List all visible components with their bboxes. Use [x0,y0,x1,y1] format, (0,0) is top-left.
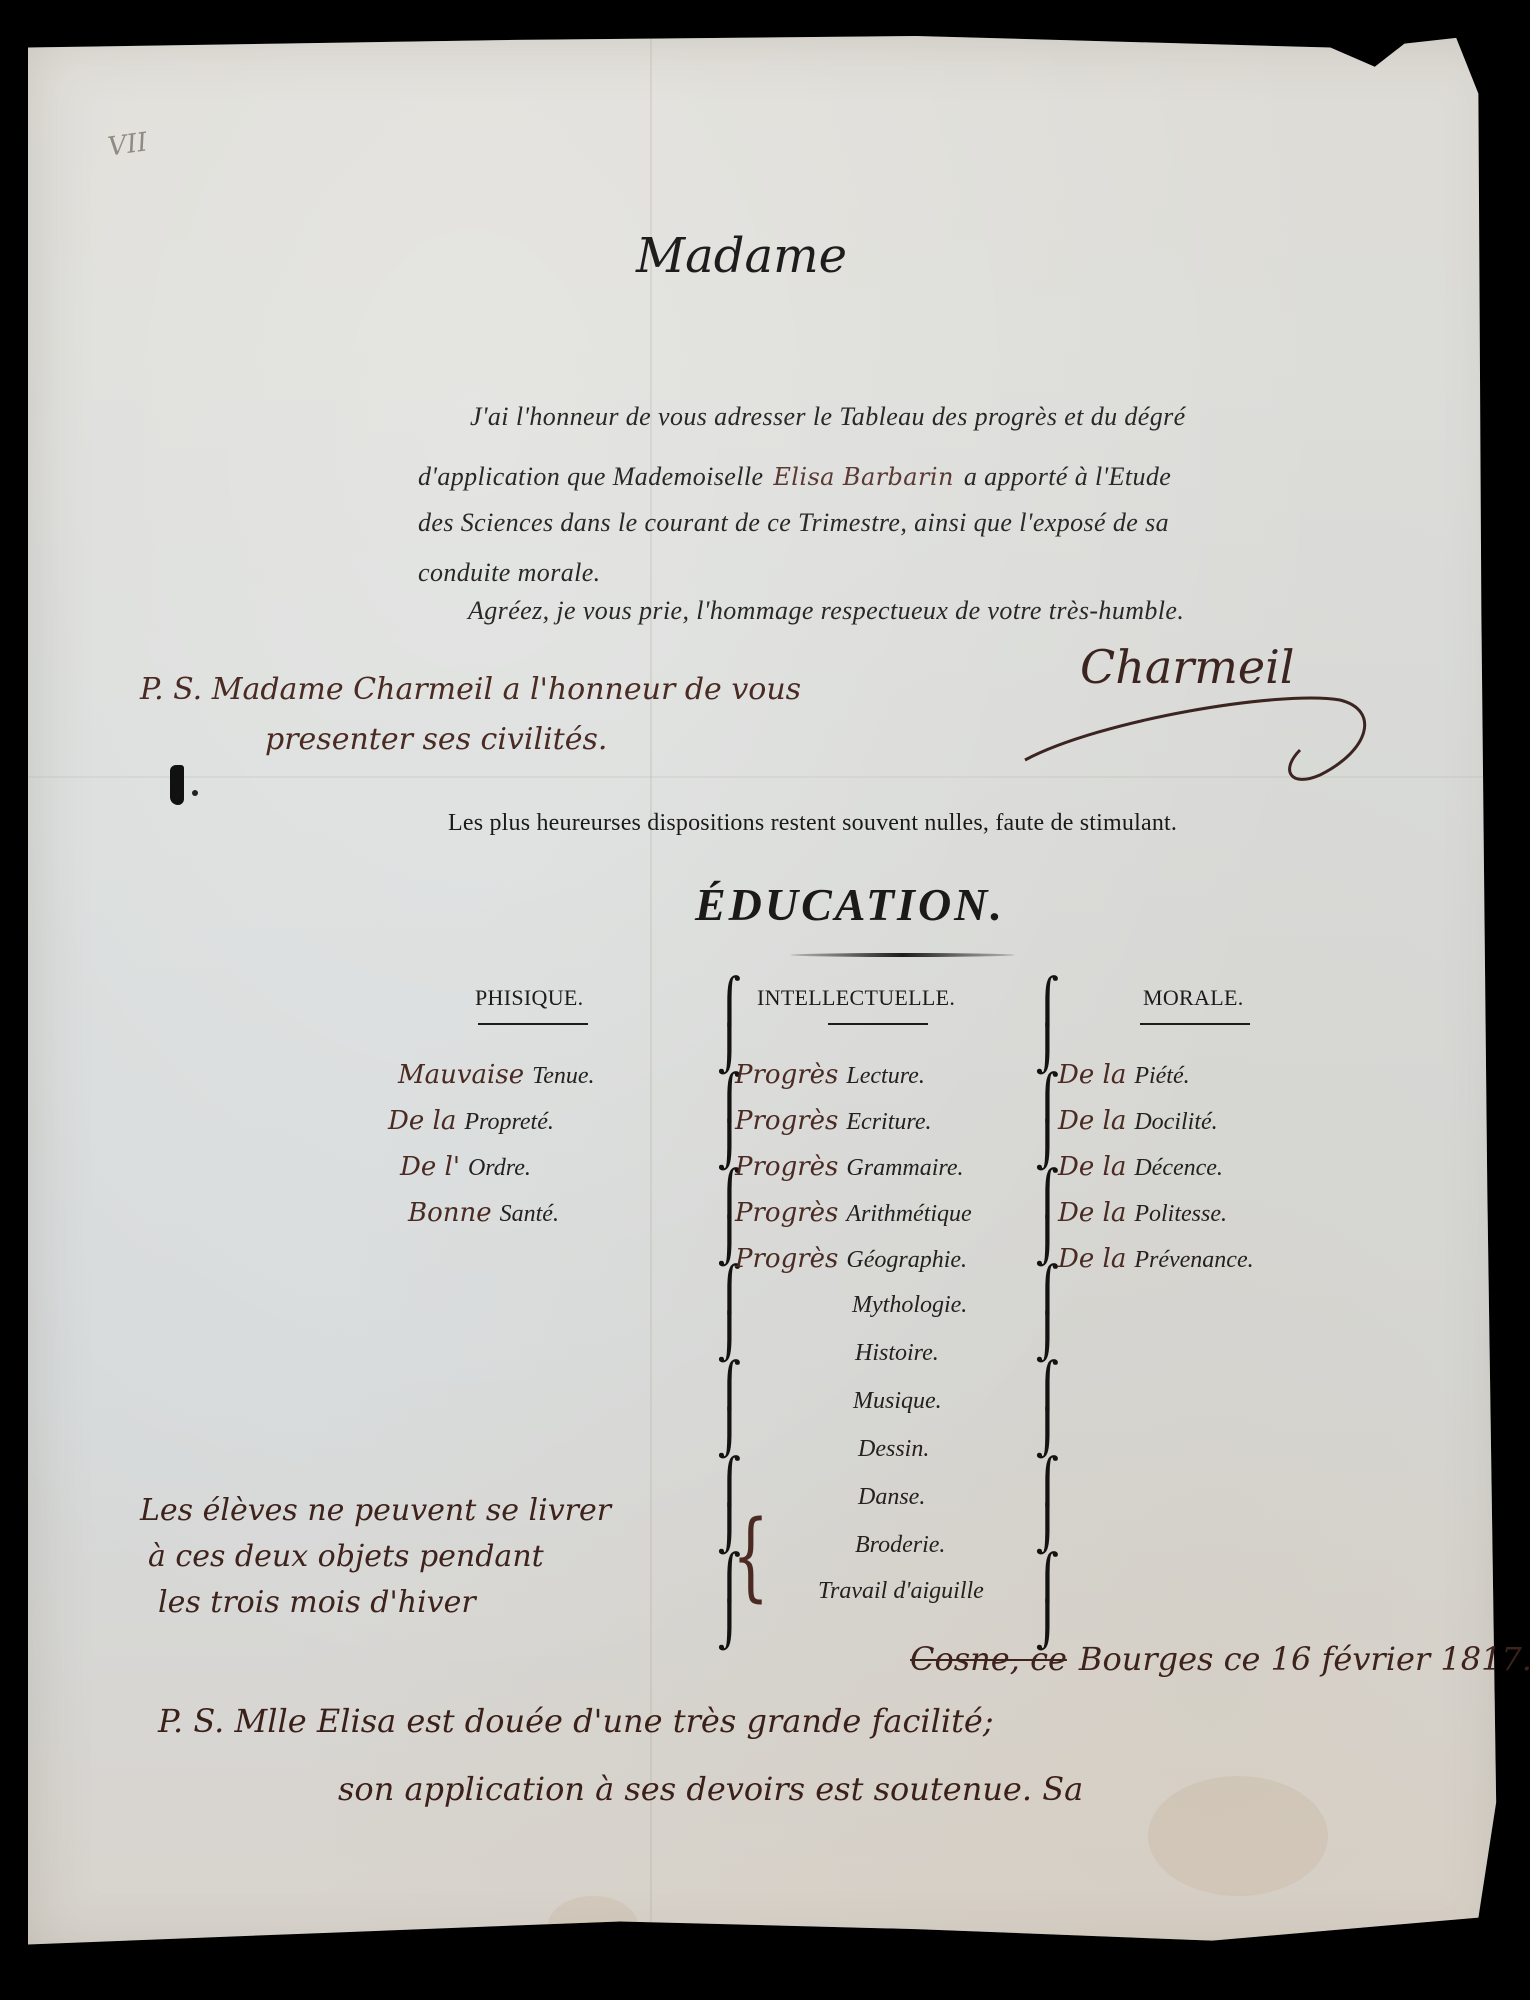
ink-dot [192,790,198,796]
morale-assessment: De la [1058,1244,1126,1274]
intellectuelle-subject-histoire: Histoire. [855,1340,939,1367]
intellectuelle-assessment: Progrès [735,1106,838,1136]
paper-fold-vertical [650,36,652,1956]
intellectuelle-row-ecriture: Progrès Ecriture. [735,1106,931,1136]
morale-subject: Politesse. [1134,1201,1227,1228]
letter-closing: Agréez, je vous prie, l'hommage respectu… [468,596,1184,626]
winter-note-line-3: les trois mois d'hiver [158,1580,476,1626]
heading-physique: PHISIQUE. [475,985,583,1011]
intellectuelle-row-arithmetique: Progrès Arithmétique [735,1198,972,1228]
morale-subject: Décence. [1134,1155,1223,1182]
physique-row-tenue: Mauvaise Tenue. [398,1060,595,1090]
intellectuelle-subject: Grammaire. [846,1155,963,1182]
morale-assessment: De la [1058,1060,1126,1090]
physique-row-sante: Bonne Santé. [408,1198,559,1228]
postscript-2-line-2: son application à ses devoirs est souten… [338,1770,1083,1808]
student-name: Elisa Barbarin [773,463,953,491]
intellectuelle-subject-dessin: Dessin. [858,1436,929,1463]
intellectuelle-subject-broderie: Broderie. [855,1532,945,1559]
morale-subject: Docilité. [1134,1109,1217,1136]
morale-subject: Prévenance. [1134,1247,1253,1274]
place-date-text: Bourges ce 16 février 1817. [1079,1640,1530,1678]
physique-assessment: De la [388,1106,456,1136]
intellectuelle-row-grammaire: Progrès Grammaire. [735,1152,964,1182]
place-date: Cosne, ceBourges ce 16 février 1817. [910,1640,1530,1678]
intellectuelle-row-lecture: Progrès Lecture. [735,1060,925,1090]
letter-line-2: d'application que MademoiselleElisa Barb… [418,462,1171,492]
intellectuelle-subject-travail-aiguille: Travail d'aiguille [818,1578,984,1605]
intellectuelle-assessment: Progrès [735,1060,838,1090]
physique-subject: Propreté. [464,1109,554,1136]
intellectuelle-assessment: Progrès [735,1152,838,1182]
winter-note-line-1: Les élèves ne peuvent se livrer [140,1488,611,1534]
physique-subject: Tenue. [532,1063,594,1090]
heading-rule-physique [478,1023,588,1025]
education-title: ÉDUCATION. [695,878,1005,931]
morale-assessment: De la [1058,1198,1126,1228]
intellectuelle-subject-mythologie: Mythologie. [852,1292,967,1319]
physique-subject: Ordre. [468,1155,531,1182]
intellectuelle-subject-danse: Danse. [858,1484,925,1511]
ink-blot [170,765,184,805]
handwritten-brace-icon: { [732,1500,769,1612]
winter-note-line-2: à ces deux objets pendant [148,1534,544,1580]
letter-line-3: des Sciences dans le courant de ce Trime… [418,508,1169,538]
heading-rule-intellectuelle [828,1023,928,1025]
morale-row-decence: De la Décence. [1058,1152,1223,1182]
postscript-1-line-2: presenter ses civilités. [265,722,607,757]
physique-row-proprete: De la Propreté. [388,1106,554,1136]
physique-subject: Santé. [500,1201,559,1228]
morale-row-prevenance: De la Prévenance. [1058,1244,1254,1274]
motto: Les plus heureurses dispositions restent… [448,810,1177,837]
letter-line-4: conduite morale. [418,558,601,588]
column-divider-right: ⌠⌡⌠⌡⌠⌡⌠⌡⌠⌡⌠⌡⌠⌡ [1036,978,1056,1650]
letter-line-1: J'ai l'honneur de vous adresser le Table… [470,402,1186,432]
intellectuelle-assessment: Progrès [735,1198,838,1228]
morale-assessment: De la [1058,1106,1126,1136]
heading-intellectuelle: INTELLECTUELLE. [757,985,955,1011]
physique-assessment: Bonne [408,1198,492,1228]
morale-row-docilite: De la Docilité. [1058,1106,1218,1136]
morale-subject: Piété. [1134,1063,1189,1090]
intellectuelle-subject: Lecture. [846,1063,924,1090]
intellectuelle-row-geographie: Progrès Géographie. [735,1244,967,1274]
physique-assessment: De l' [400,1152,460,1182]
morale-row-politesse: De la Politesse. [1058,1198,1227,1228]
letter-line-2-end: a apporté à l'Etude [964,462,1171,491]
signature-flourish [1020,680,1380,790]
intellectuelle-subject: Arithmétique [846,1201,971,1228]
intellectuelle-subject: Ecriture. [846,1109,931,1136]
archive-mark: VII [106,127,149,162]
postscript-2-line-1: P. S. Mlle Elisa est douée d'une très gr… [158,1702,994,1740]
postscript-1-line-1: P. S. Madame Charmeil a l'honneur de vou… [140,672,801,707]
paper-stain [548,1896,638,1956]
struck-place: Cosne, ce [910,1640,1067,1678]
intellectuelle-assessment: Progrès [735,1244,838,1274]
paper-stain [1148,1776,1328,1896]
morale-row-piete: De la Piété. [1058,1060,1190,1090]
intellectuelle-subject: Géographie. [846,1247,967,1274]
title-ornament-rule [790,953,1015,957]
physique-row-ordre: De l' Ordre. [400,1152,531,1182]
physique-assessment: Mauvaise [398,1060,524,1090]
salutation: Madame [636,228,847,284]
heading-rule-morale [1140,1023,1250,1025]
letter-line-2-start: d'application que Mademoiselle [418,462,763,491]
morale-assessment: De la [1058,1152,1126,1182]
heading-morale: MORALE. [1143,985,1244,1011]
intellectuelle-subject-musique: Musique. [853,1388,942,1415]
